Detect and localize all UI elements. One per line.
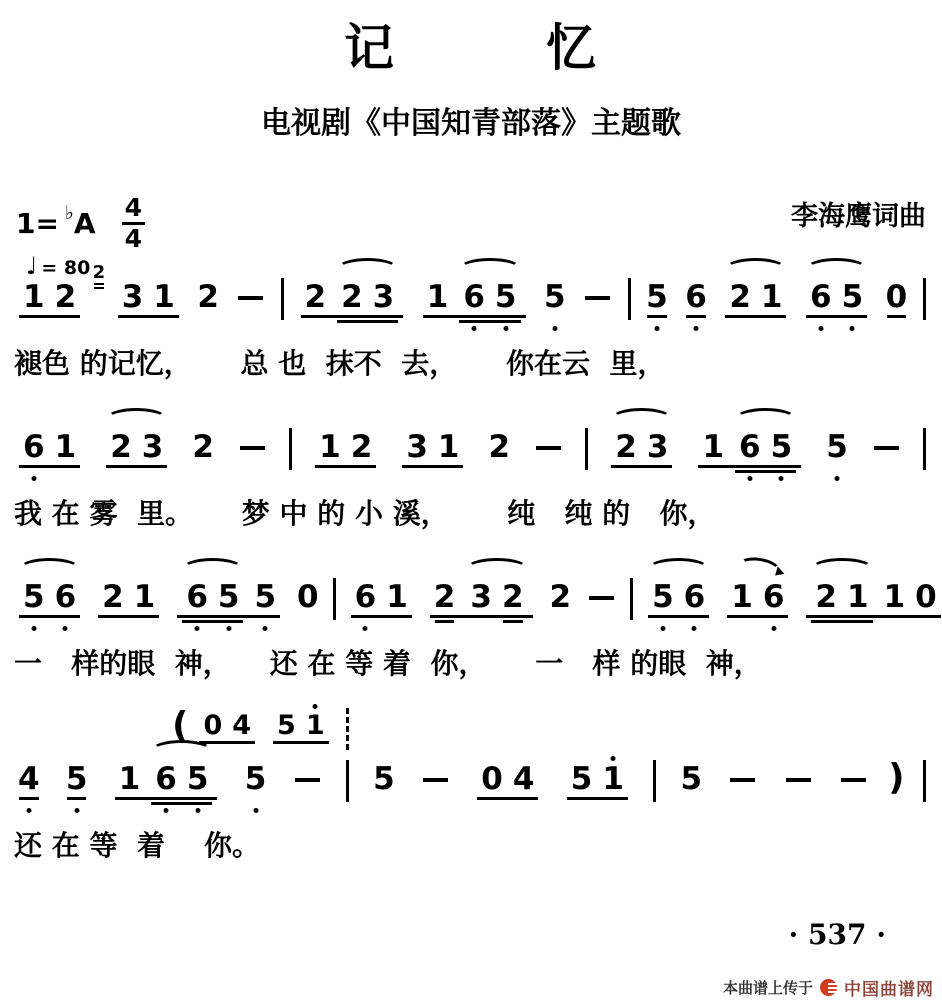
octave-dot-high	[611, 756, 616, 761]
note-digit: 2	[102, 582, 124, 613]
note: 4	[18, 764, 40, 795]
note-group: 31	[401, 432, 464, 463]
extend-dash	[730, 778, 755, 782]
note: 5	[842, 282, 864, 313]
note-group: 65	[150, 764, 213, 795]
quarter-note-icon: ♩	[26, 252, 37, 280]
note-digit: 5	[544, 282, 566, 313]
note-group: 65	[458, 282, 521, 313]
note: 2	[197, 282, 219, 313]
slur-arc	[466, 558, 527, 579]
note-group: 12	[314, 432, 377, 463]
note: 0	[203, 712, 222, 739]
note-digit: 6	[685, 282, 707, 313]
barline	[281, 278, 284, 320]
note-digit: 1	[306, 712, 325, 739]
upload-text: 本曲谱上传于	[723, 977, 813, 998]
lyrics-row-1: 褪色 的记忆， 总 也 抹不 去， 你在云 里，	[10, 342, 936, 382]
page-number: · 537 ·	[789, 918, 886, 951]
note: 5	[826, 432, 848, 463]
note-digit: 3	[373, 282, 395, 313]
key-note: A	[74, 207, 96, 240]
note-digit: 2	[55, 282, 77, 313]
slur-arc	[648, 558, 709, 579]
note: 5	[571, 764, 593, 795]
note-group: 655	[176, 582, 281, 613]
extend-dash	[841, 778, 866, 782]
note-digit: 0	[203, 712, 222, 739]
note: 0	[915, 582, 937, 613]
underline-beam	[315, 465, 376, 468]
note-group: 21	[97, 582, 160, 613]
title-char-1: 记	[344, 8, 396, 80]
note-digit: 5	[826, 432, 848, 463]
note: 3	[647, 432, 669, 463]
music-line-3: 5621655061232256162110 一 样的眼 神， 还 在 等 着 …	[0, 552, 942, 682]
tempo-value: = 80	[41, 257, 90, 279]
octave-dot-low	[31, 476, 36, 481]
barline	[630, 578, 633, 620]
dashed-barline	[346, 708, 349, 750]
underline-beam	[648, 615, 709, 618]
note: 6	[355, 582, 377, 613]
note: 5	[23, 582, 45, 613]
note-digit: 2	[341, 282, 363, 313]
lyrics-row-2: 我 在 雾 里。 梦 中 的 小 溪， 纯 纯 的 你，	[10, 492, 936, 532]
slur-arc	[611, 408, 672, 429]
note: 5	[495, 282, 517, 313]
note-digit: 1	[427, 282, 449, 313]
note-digit: 6	[810, 282, 832, 313]
time-signature: 4 4	[122, 194, 145, 252]
note: 4	[513, 764, 535, 795]
note: 2	[815, 582, 837, 613]
parenthesis: )	[888, 760, 904, 796]
site-logo-icon	[820, 979, 837, 996]
note-group: 32	[465, 582, 528, 613]
note: 2	[93, 264, 106, 282]
note-digit: 5	[842, 282, 864, 313]
underline-beam	[94, 283, 105, 285]
note: 1	[602, 764, 624, 795]
slur-arc	[735, 408, 796, 429]
note-digit: 2	[550, 582, 572, 613]
note-digit: 0	[481, 764, 503, 795]
note: 2	[102, 582, 124, 613]
underline-beam	[725, 315, 786, 318]
barline	[333, 578, 336, 620]
note: 6	[810, 282, 832, 313]
note-digit: 1	[23, 282, 45, 313]
extend-dash	[423, 778, 448, 782]
underline-beam	[337, 320, 398, 323]
underline-beam	[177, 615, 280, 618]
note: 2	[110, 432, 132, 463]
barline	[923, 428, 926, 470]
barline	[346, 760, 349, 802]
note-group: 61	[350, 582, 413, 613]
note-digit: 2	[192, 432, 214, 463]
sheet-music-page: 记 忆 电视剧《中国知青部落》主题歌 1=♭A 4 4 李海鹰词曲 ♩= 80 …	[0, 0, 942, 1006]
note-group: 165	[697, 432, 802, 463]
flat-sign: ♭	[65, 202, 74, 224]
note-group: 165	[114, 764, 219, 795]
subtitle: 电视剧《中国知青部落》主题歌	[0, 98, 942, 142]
note-digit: 1	[761, 282, 783, 313]
time-top: 4	[122, 194, 145, 225]
music-line-2: 6123212312231655 我 在 雾 里。 梦 中 的 小 溪， 纯 纯…	[0, 402, 942, 532]
note: 5	[680, 764, 702, 795]
slur-arc	[151, 740, 212, 761]
octave-dot-low	[503, 326, 508, 331]
note: 2	[729, 282, 751, 313]
page-title: 记 忆	[0, 8, 942, 80]
note-group: 2110	[805, 582, 941, 613]
extend-dash	[589, 596, 614, 600]
note: 1	[386, 582, 408, 613]
note-digit: 5	[495, 282, 517, 313]
note: 3	[122, 282, 144, 313]
note: 5	[277, 712, 296, 739]
note-group: 51	[566, 764, 629, 795]
note-digit: 1	[884, 582, 906, 613]
extend-dash	[786, 778, 811, 782]
barline	[289, 428, 292, 470]
notes-row-2: 6123212312231655	[10, 432, 932, 470]
key-prefix: 1=	[16, 207, 59, 240]
underline-beam	[19, 315, 80, 318]
note-group: 21	[810, 582, 873, 613]
underline-beam	[686, 315, 706, 318]
notes-row-1: 12231222316555621650	[10, 282, 932, 320]
note-digit: 5	[652, 582, 674, 613]
note: 4	[232, 712, 251, 739]
note-digit: 3	[470, 582, 492, 613]
underline-beam	[19, 615, 80, 618]
extend-dash	[874, 446, 899, 450]
note-digit: 0	[915, 582, 937, 613]
note-digit: 3	[406, 432, 428, 463]
extend-dash	[585, 296, 610, 300]
note: 1	[702, 432, 724, 463]
note-group: 23	[105, 432, 168, 463]
underline-beam	[182, 620, 243, 623]
octave-dot-low	[850, 326, 855, 331]
note: 1	[153, 282, 175, 313]
underline-beam	[806, 615, 940, 618]
note-digit: 4	[513, 764, 535, 795]
note-group: 232	[429, 582, 534, 613]
key-row: 1=♭A 4 4 李海鹰词曲	[16, 194, 926, 252]
octave-dot-low	[835, 476, 840, 481]
title-char-2: 忆	[546, 8, 598, 80]
slur-arc	[459, 258, 520, 279]
underline-beam	[19, 465, 80, 468]
note-digit: 1	[731, 582, 753, 613]
note-digit: 1	[847, 582, 869, 613]
note-digit: 2	[815, 582, 837, 613]
octave-dot-low	[253, 808, 258, 813]
note: 5	[652, 582, 674, 613]
note-digit: 2	[502, 582, 524, 613]
underline-beam	[106, 465, 167, 468]
parenthesis: (	[172, 708, 188, 744]
music-line-4: (0451 451655504515) 还 在 等 着 你。	[0, 702, 942, 864]
note-digit: 3	[647, 432, 669, 463]
note: 6	[155, 764, 177, 795]
note-digit: 2	[729, 282, 751, 313]
lyrics-row-3: 一 样的眼 神， 还 在 等 着 你， 一 样 的眼 神，	[10, 642, 936, 682]
key-signature: 1=♭A 4 4	[16, 194, 145, 252]
octave-dot-high	[313, 704, 318, 709]
underline-beam	[98, 615, 159, 618]
note-digit: 1	[119, 764, 141, 795]
note-digit: 6	[23, 432, 45, 463]
note: 2	[305, 282, 327, 313]
note-digit: 1	[438, 432, 460, 463]
note-digit: 5	[254, 582, 276, 613]
underline-beam	[727, 615, 788, 618]
octave-dot-low	[363, 626, 368, 631]
note-digit: 6	[739, 432, 761, 463]
note: 6	[463, 282, 485, 313]
note-digit: 2	[489, 432, 511, 463]
note-group: 223	[300, 282, 405, 313]
note-digit: 3	[122, 282, 144, 313]
note: 2	[192, 432, 214, 463]
note-digit: 5	[277, 712, 296, 739]
octave-dot-low	[263, 626, 268, 631]
note-digit: 5	[66, 764, 88, 795]
note-group: 04	[476, 764, 539, 795]
notes-row-4: 451655504515)	[10, 764, 932, 802]
note-digit: 6	[684, 582, 706, 613]
slur-arc	[725, 258, 786, 279]
barline	[923, 760, 926, 802]
note-digit: 2	[305, 282, 327, 313]
note-digit: 2	[434, 582, 456, 613]
note-digit: 1	[55, 432, 77, 463]
octave-dot-low	[692, 626, 697, 631]
watermark: 本曲谱上传于 中国曲谱网	[723, 975, 934, 1000]
octave-dot-low	[771, 626, 776, 631]
underline-beam	[698, 465, 801, 468]
note: 1	[319, 432, 341, 463]
note-digit: 0	[886, 282, 908, 313]
note-digit: 5	[571, 764, 593, 795]
underline-beam	[611, 465, 672, 468]
note-digit: 4	[18, 764, 40, 795]
barline	[653, 760, 656, 802]
note: 5	[218, 582, 240, 613]
note: 0	[886, 282, 908, 313]
underline-beam	[115, 797, 218, 800]
note-group: 21	[724, 282, 787, 313]
note-digit: 2	[615, 432, 637, 463]
note-digit: 5	[187, 764, 209, 795]
extend-dash	[238, 296, 263, 300]
octave-dot-low	[747, 476, 752, 481]
note-digit: 5	[245, 764, 267, 795]
note-digit: 0	[297, 582, 319, 613]
note: 6	[23, 432, 45, 463]
note-group: 56	[647, 582, 710, 613]
octave-dot-low	[654, 326, 659, 331]
extend-dash	[536, 446, 561, 450]
octave-dot-low	[63, 626, 68, 631]
note: 6	[685, 282, 707, 313]
octave-dot-low	[31, 626, 36, 631]
octave-dot-low	[660, 626, 665, 631]
note-digit: 6	[155, 764, 177, 795]
music-line-1: ♩= 80 12231222316555621650 褪色 的记忆， 总 也 抹…	[0, 252, 942, 382]
note: 3	[373, 282, 395, 313]
note: 0	[481, 764, 503, 795]
note: 6	[739, 432, 761, 463]
note: 1	[438, 432, 460, 463]
note: 2	[550, 582, 572, 613]
note-digit: 1	[319, 432, 341, 463]
underline-beam	[151, 802, 212, 805]
underline-beam	[811, 620, 872, 623]
note-group: 61	[18, 432, 81, 463]
note: 5	[254, 582, 276, 613]
note-digit: 5	[218, 582, 240, 613]
note-digit: 1	[702, 432, 724, 463]
slur-arc	[811, 558, 872, 579]
underline-beam	[477, 797, 538, 800]
note: 1	[884, 582, 906, 613]
underline-beam	[503, 620, 523, 623]
slur-arc	[19, 558, 80, 579]
underline-beam	[273, 741, 329, 744]
note: 2	[55, 282, 77, 313]
underline-beam	[301, 315, 404, 318]
note-digit: 5	[680, 764, 702, 795]
underline-beam	[806, 315, 867, 318]
tempo-mark: ♩= 80	[26, 252, 90, 280]
barline	[628, 278, 631, 320]
extend-dash	[295, 778, 320, 782]
octave-dot-low	[818, 326, 823, 331]
note: 2	[502, 582, 524, 613]
underline-beam	[402, 465, 463, 468]
note: 6	[55, 582, 77, 613]
composer-credit: 李海鹰词曲	[791, 194, 926, 233]
note: 1	[23, 282, 45, 313]
note: 1	[847, 582, 869, 613]
note: 1	[306, 712, 325, 739]
note-digit: 1	[602, 764, 624, 795]
octave-dot-low	[164, 808, 169, 813]
slur-arc	[337, 258, 398, 279]
note: 5	[544, 282, 566, 313]
note: 0	[297, 582, 319, 613]
note: 1	[119, 764, 141, 795]
note: 6	[763, 582, 785, 613]
underline-beam	[887, 315, 907, 318]
note-group: 65	[805, 282, 868, 313]
site-name: 中国曲谱网	[844, 975, 934, 1000]
underline-beam	[735, 470, 796, 473]
underline-beam	[199, 741, 255, 744]
note: 2	[434, 582, 456, 613]
note-group: 12	[18, 282, 81, 313]
barline	[585, 428, 588, 470]
slur-arc	[106, 408, 167, 429]
note-digit: 6	[463, 282, 485, 313]
note-digit: 6	[186, 582, 208, 613]
note-digit: 2	[93, 264, 106, 282]
note: 5	[373, 764, 395, 795]
octave-dot-low	[26, 808, 31, 813]
note: 5	[771, 432, 793, 463]
note-digit: 3	[142, 432, 164, 463]
note: 1	[731, 582, 753, 613]
octave-dot-low	[74, 808, 79, 813]
note: 2	[341, 282, 363, 313]
note-digit: 6	[355, 582, 377, 613]
note: 1	[55, 432, 77, 463]
note-digit: 4	[232, 712, 251, 739]
lyrics-row-4: 还 在 等 着 你。	[10, 824, 936, 864]
note-digit: 2	[197, 282, 219, 313]
note-group: 23	[336, 282, 399, 313]
note: 5	[187, 764, 209, 795]
note-group: 04	[198, 712, 256, 739]
underline-beam	[351, 615, 412, 618]
underline-beam	[19, 797, 39, 800]
slur-arc	[182, 558, 243, 579]
time-bottom: 4	[122, 225, 145, 253]
barline	[923, 278, 926, 320]
extend-dash	[240, 446, 265, 450]
note-digit: 6	[55, 582, 77, 613]
note-digit: 5	[23, 582, 45, 613]
underline-beam	[94, 287, 105, 289]
underline-beam	[430, 615, 533, 618]
note: 2	[489, 432, 511, 463]
octave-dot-low	[472, 326, 477, 331]
note: 3	[406, 432, 428, 463]
octave-dot-low	[226, 626, 231, 631]
note-digit: 5	[646, 282, 668, 313]
note-digit: 1	[386, 582, 408, 613]
octave-dot-low	[552, 326, 557, 331]
note: 1	[134, 582, 156, 613]
note: 1	[427, 282, 449, 313]
underline-beam	[459, 320, 520, 323]
note-group: 51	[272, 712, 330, 739]
note: 1	[761, 282, 783, 313]
underline-beam	[118, 315, 179, 318]
note: 3	[470, 582, 492, 613]
note-group: 65	[734, 432, 797, 463]
slur-arc	[806, 258, 867, 279]
note-digit: 1	[153, 282, 175, 313]
note: 2	[351, 432, 373, 463]
notes-row-3: 5621655061232256162110	[10, 582, 932, 620]
note-group: 165	[422, 282, 527, 313]
note-group: 31	[117, 282, 180, 313]
octave-dot-low	[195, 626, 200, 631]
note: 5	[646, 282, 668, 313]
underline-beam	[67, 797, 87, 800]
note: 6	[684, 582, 706, 613]
note-group: 23	[610, 432, 673, 463]
note-group: 56	[18, 582, 81, 613]
underline-beam	[567, 797, 628, 800]
